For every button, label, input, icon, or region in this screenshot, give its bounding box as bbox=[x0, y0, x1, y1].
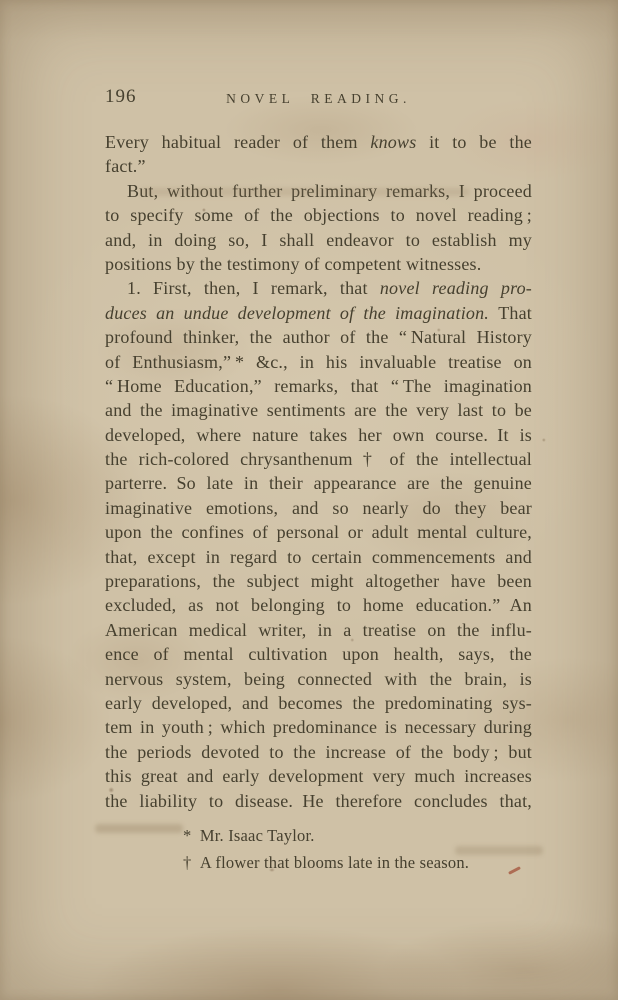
body-line: tem in youth ; which predominance is nec… bbox=[105, 715, 532, 739]
body-line: of Enthusiasm,” * &c., in his invaluable… bbox=[105, 350, 532, 374]
body-line: the periods devoted to the increase of t… bbox=[105, 740, 532, 764]
text-run: positions by the testimony of competent … bbox=[105, 254, 481, 274]
text-run: tem in youth ; which predominance is nec… bbox=[105, 717, 532, 737]
text-run: it to be the bbox=[416, 132, 532, 152]
text-run: the periods devoted to the increase of t… bbox=[105, 742, 532, 762]
body-line: that, except in regard to certain commen… bbox=[105, 545, 532, 569]
text-run: But, without further preliminary remarks… bbox=[127, 181, 532, 201]
body-line: parterre. So late in their appearance ar… bbox=[105, 471, 532, 495]
body-line: preparations, the subject might altogeth… bbox=[105, 569, 532, 593]
body-line: developed, where nature takes her own co… bbox=[105, 423, 532, 447]
text-run: the liability to disease. He therefore c… bbox=[105, 791, 532, 811]
text-run: upon the confines of personal or adult m… bbox=[105, 522, 532, 542]
body-line: Every habitual reader of them knows it t… bbox=[105, 130, 532, 154]
body-line: excluded, as not belonging to home educa… bbox=[105, 593, 532, 617]
text-run: imaginative emotions, and so nearly do t… bbox=[105, 498, 532, 518]
text-run: and, in doing so, I shall endeavor to es… bbox=[105, 230, 532, 250]
text-run: 1. First, then, I remark, that bbox=[127, 278, 380, 298]
text-run: preparations, the subject might altogeth… bbox=[105, 571, 532, 591]
text-run: nervous system, being connected with the… bbox=[105, 669, 532, 689]
book-page-scan: 196 NOVEL READING. Every habitual reader… bbox=[0, 0, 618, 1000]
text-run: to specify some of the objections to nov… bbox=[105, 205, 532, 225]
text-run: fact.” bbox=[105, 156, 146, 176]
body-line: profound thinker, the author of the “ Na… bbox=[105, 325, 532, 349]
text-run: that, except in regard to certain commen… bbox=[105, 547, 532, 567]
text-run: Every habitual reader of them bbox=[105, 132, 370, 152]
text-run: That bbox=[489, 303, 532, 323]
text-run: excluded, as not belonging to home educa… bbox=[105, 595, 532, 615]
body-line: and the imaginative sentiments are the v… bbox=[105, 398, 532, 422]
body-line: nervous system, being connected with the… bbox=[105, 667, 532, 691]
body-line: duces an undue development of the imagin… bbox=[105, 301, 532, 325]
text-run: developed, where nature takes her own co… bbox=[105, 425, 532, 445]
body-line: “ Home Education,” remarks, that “ The i… bbox=[105, 374, 532, 398]
italic-text: novel reading pro- bbox=[380, 278, 532, 298]
footnote-line: * Mr. Isaac Taylor. bbox=[183, 822, 543, 849]
footnote-line: † A flower that blooms late in the seaso… bbox=[183, 849, 543, 876]
body-line: American medical writer, in a treatise o… bbox=[105, 618, 532, 642]
body-line: imaginative emotions, and so nearly do t… bbox=[105, 496, 532, 520]
text-run: American medical writer, in a treatise o… bbox=[105, 620, 532, 640]
italic-text: duces an undue development of the imagin… bbox=[105, 303, 489, 323]
body-line: upon the confines of personal or adult m… bbox=[105, 520, 532, 544]
body-line: But, without further preliminary remarks… bbox=[105, 179, 532, 203]
text-run: this great and early development very mu… bbox=[105, 766, 532, 786]
text-run: the rich-colored chrysanthenum † of the … bbox=[105, 449, 532, 469]
body-line: positions by the testimony of competent … bbox=[105, 252, 532, 276]
text-run: of Enthusiasm,” * &c., in his invaluable… bbox=[105, 352, 532, 372]
body-line: this great and early development very mu… bbox=[105, 764, 532, 788]
text-run: parterre. So late in their appearance ar… bbox=[105, 473, 532, 493]
body-line: to specify some of the objections to nov… bbox=[105, 203, 532, 227]
body-line: the liability to disease. He therefore c… bbox=[105, 789, 532, 813]
text-run: ence of mental cultivation upon health, … bbox=[105, 644, 532, 664]
text-run: and the imaginative sentiments are the v… bbox=[105, 400, 532, 420]
text-run: early developed, and becomes the predomi… bbox=[105, 693, 532, 713]
body-line: 1. First, then, I remark, that novel rea… bbox=[105, 276, 532, 300]
italic-text: knows bbox=[370, 132, 416, 152]
running-head: NOVEL READING. bbox=[105, 91, 532, 107]
body-line: ence of mental cultivation upon health, … bbox=[105, 642, 532, 666]
text-run: “ Home Education,” remarks, that “ The i… bbox=[105, 376, 532, 396]
text-run: profound thinker, the author of the “ Na… bbox=[105, 327, 532, 347]
body-line: fact.” bbox=[105, 154, 532, 178]
body-text: Every habitual reader of them knows it t… bbox=[105, 130, 532, 813]
body-line: early developed, and becomes the predomi… bbox=[105, 691, 532, 715]
footnotes: * Mr. Isaac Taylor.† A flower that bloom… bbox=[183, 822, 543, 876]
body-line: and, in doing so, I shall endeavor to es… bbox=[105, 228, 532, 252]
show-through-smudge bbox=[95, 824, 183, 833]
body-line: the rich-colored chrysanthenum † of the … bbox=[105, 447, 532, 471]
